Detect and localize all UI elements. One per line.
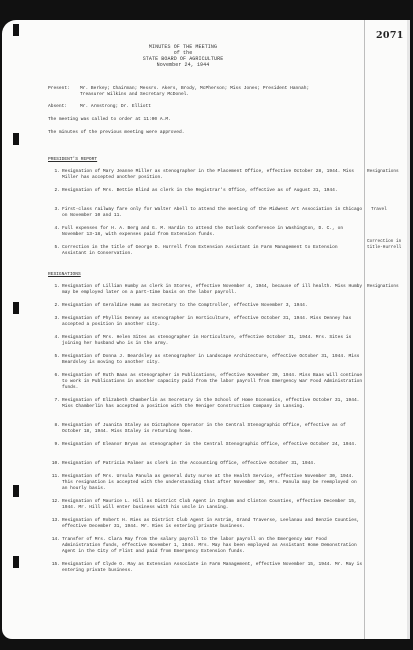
margin-rule xyxy=(364,20,365,639)
punch-hole-mark xyxy=(13,556,19,568)
resignations-title: RESIGNATIONS xyxy=(48,272,362,278)
margin-note-travel: Travel xyxy=(371,207,413,213)
punch-hole-mark xyxy=(13,133,19,145)
header-date: November 24, 1944 xyxy=(2,62,364,68)
punch-hole-mark xyxy=(13,24,19,36)
minutes-approved: The minutes of the previous meeting were… xyxy=(48,130,362,136)
absent-line: Absent:Mr. Armstrong; Dr. Elliott xyxy=(48,104,362,110)
present-line-2: Treasurer Wilkins and Secretary McDonel. xyxy=(48,92,394,98)
punch-hole-mark xyxy=(13,485,19,497)
page-edge xyxy=(407,20,410,639)
presidents-report-title: PRESIDENT'S REPORT xyxy=(48,157,362,163)
margin-note-resignations: Resignations xyxy=(367,169,413,175)
document-header: MINUTES OF THE MEETING of the STATE BOAR… xyxy=(2,44,364,68)
absent-label: Absent: xyxy=(48,104,80,110)
margin-note-correction: Correction in title-Hurrell xyxy=(367,239,413,250)
present-text: Mr. Berkey; Chairman; Messrs. Akers, Bro… xyxy=(80,86,309,91)
punch-hole-mark xyxy=(13,302,19,314)
called-to-order: The meeting was called to order at 11:00… xyxy=(48,117,362,123)
absent-text: Mr. Armstrong; Dr. Elliott xyxy=(80,104,151,109)
margin-note-resignations-2: Resignations xyxy=(367,284,413,290)
page-number: 2071 xyxy=(376,30,404,41)
document-page: 2071 MINUTES OF THE MEETING of the STATE… xyxy=(2,20,410,639)
